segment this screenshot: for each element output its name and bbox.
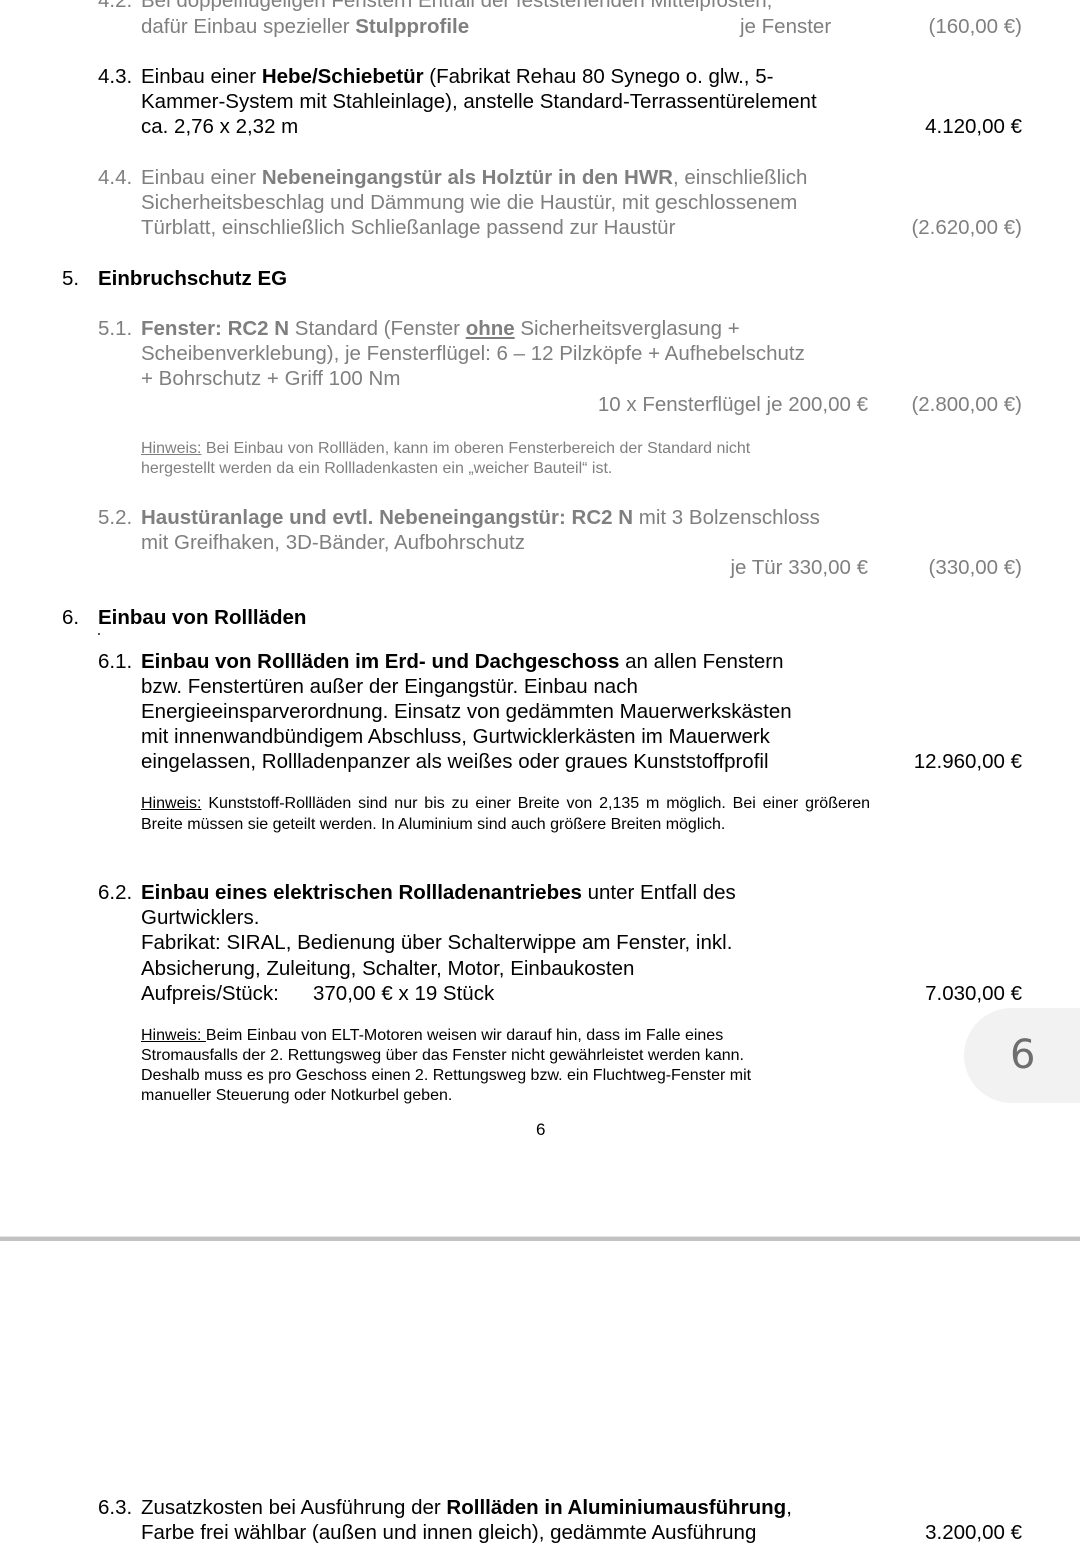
item-text: Einbau eines elektrischen Rollladenantri… — [141, 880, 736, 905]
item-number: 6.3. — [98, 1495, 132, 1520]
unit-price: 10 x Fensterflügel je 200,00 € — [598, 392, 868, 417]
item-number: 4.4. — [98, 165, 132, 190]
item-text: Einbau einer Nebeneingangstür als Holztü… — [141, 165, 807, 190]
page-divider — [0, 1236, 1080, 1241]
page-indicator-number: 6 — [1010, 1033, 1035, 1078]
item-text: Aufpreis/Stück: — [141, 981, 279, 1006]
item-text: Farbe frei wählbar (außen und innen glei… — [141, 1520, 756, 1545]
item-price: 7.030,00 € — [925, 981, 1022, 1006]
item-text: Einbau von Rollläden im Erd- und Dachges… — [141, 649, 784, 674]
note: Deshalb muss es pro Geschoss einen 2. Re… — [141, 1066, 751, 1087]
item-number: 5.1. — [98, 316, 132, 341]
note: manueller Steuerung oder Notkurbel geben… — [141, 1086, 452, 1107]
item-price: 12.960,00 € — [914, 749, 1022, 774]
item-text: Türblatt, einschließlich Schließanlage p… — [141, 215, 675, 240]
item-price: (330,00 €) — [929, 555, 1022, 580]
note-label: Hinweis: — [141, 1027, 206, 1044]
note: Hinweis: Beim Einbau von ELT-Motoren wei… — [141, 1026, 723, 1047]
page-number: 6 — [536, 1120, 545, 1140]
item-text: ca. 2,76 x 2,32 m — [141, 114, 298, 139]
note: Hinweis: Kunststoff-Rollläden sind nur b… — [141, 794, 870, 835]
item-text: Scheibenverklebung), je Fensterflügel: 6… — [141, 341, 805, 366]
section-title: Einbau von Rollläden — [98, 605, 306, 630]
item-text: mit innenwandbündigem Abschluss, Gurtwic… — [141, 724, 770, 749]
note-label: Hinweis: — [141, 440, 201, 457]
item-text: Bei doppelflügeligen Fenstern Entfall de… — [141, 0, 772, 13]
unit-price: je Tür 330,00 € — [730, 555, 868, 580]
item-number: 4.3. — [98, 64, 132, 89]
item-number: 4.2. — [98, 0, 132, 13]
item-text: Sicherheitsbeschlag und Dämmung wie die … — [141, 190, 797, 215]
item-text: mit Greifhaken, 3D-Bänder, Aufbohrschutz — [141, 530, 525, 555]
section-number: 5. — [62, 266, 79, 291]
item-text: Zusatzkosten bei Ausführung der Rollläde… — [141, 1495, 792, 1520]
item-text: Fabrikat: SIRAL, Bedienung über Schalter… — [141, 930, 732, 955]
item-text-bold: Stulpprofile — [355, 15, 469, 38]
section-number: 6. — [62, 605, 79, 630]
item-price: (2.800,00 €) — [911, 392, 1022, 417]
item-price: 4.120,00 € — [925, 114, 1022, 139]
item-text: bzw. Fenstertüren außer der Eingangstür.… — [141, 674, 638, 699]
item-price: (2.620,00 €) — [911, 215, 1022, 240]
item-text: Fenster: RC2 N Standard (Fenster ohne Si… — [141, 316, 740, 341]
item-number: 5.2. — [98, 505, 132, 530]
unit-price: je Fenster — [740, 14, 831, 39]
page-indicator-badge: 6 — [964, 1008, 1080, 1103]
item-text: Einbau einer Hebe/Schiebetür (Fabrikat R… — [141, 64, 773, 89]
item-price: 3.200,00 € — [925, 1520, 1022, 1545]
note: Stromausfalls der 2. Rettungsweg über da… — [141, 1046, 744, 1067]
item-text: Kammer-System mit Stahleinlage), anstell… — [141, 89, 817, 114]
note: Hinweis: Bei Einbau von Rollläden, kann … — [141, 439, 750, 460]
item-price: (160,00 €) — [929, 14, 1022, 39]
note: hergestellt werden da ein Rollladenkaste… — [141, 459, 612, 480]
item-text: dafür Einbau spezieller Stulpprofile — [141, 14, 469, 39]
item-number: 6.2. — [98, 880, 132, 905]
stray-dot — [98, 633, 100, 635]
item-text: Absicherung, Zuleitung, Schalter, Motor,… — [141, 956, 634, 981]
item-text: Gurtwicklers. — [141, 905, 259, 930]
item-text: eingelassen, Rollladenpanzer als weißes … — [141, 749, 769, 774]
item-text: 370,00 € x 19 Stück — [313, 981, 494, 1006]
item-text: Energieeinsparverordnung. Einsatz von ge… — [141, 699, 792, 724]
item-text: + Bohrschutz + Griff 100 Nm — [141, 366, 400, 391]
section-title: Einbruchschutz EG — [98, 266, 287, 291]
item-text: Haustüranlage und evtl. Nebeneingangstür… — [141, 505, 820, 530]
item-number: 6.1. — [98, 649, 132, 674]
note-label: Hinweis: — [141, 795, 201, 812]
